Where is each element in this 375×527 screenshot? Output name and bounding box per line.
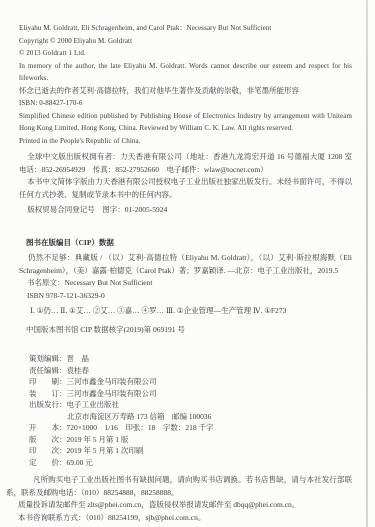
cip-isbn: ISBN 978-7-121-36329-0 — [19, 290, 352, 303]
printed-note: Printed in the People's Republic of Chin… — [19, 135, 352, 148]
pub-label: 开 本： — [29, 422, 67, 434]
license-block: 全球中文版出版权拥有者：力天香港有限公司（地址：香港九龙湾宏开道 16 号德福大… — [19, 151, 352, 217]
pub-row-binder: 装 订： 三河市鑫金马印装有限公司 — [29, 388, 352, 400]
memorial-english: In memory of the author, the late Eliyah… — [19, 60, 352, 85]
cip-record-number: 中国版本图书馆 CIP 数据核字(2019)第 069191 号 — [19, 324, 352, 337]
pub-value: 晋 晶 — [67, 353, 90, 365]
pub-label: 出版发行： — [29, 399, 67, 411]
pub-row-publisher-address: 北京市海淀区万寿路 173 信箱 邮编 100036 — [29, 411, 352, 423]
pub-row-edition: 版 次： 2019 年 5 月第 1 版 — [29, 434, 352, 446]
note-exchange: 凡所购买电子工业出版社图书有缺损问题，请向购买书店调换。若书店售缺，请与本社发行… — [6, 474, 352, 499]
pub-value: 720×1000 1/16 印张：18 字数：218 千字 — [67, 422, 214, 434]
edition-note: Simplified Chinese edition published by … — [19, 110, 352, 135]
pub-value: 三河市鑫金马印装有限公司 — [67, 388, 157, 400]
scanned-page-edge-line — [366, 0, 368, 527]
authors-title-line: Eliyahu M. Goldratt, Eli Schragenheim, a… — [19, 22, 352, 35]
pub-row-publisher: 出版发行： 电子工业出版社 — [29, 399, 352, 411]
pub-label: 印 刷： — [29, 376, 67, 388]
colophon-page: Eliyahu M. Goldratt, Eli Schragenheim, a… — [0, 0, 375, 527]
license-authorization-paragraph: 本书中文简体字版由力天香港有限公司授权电子工业出版社独家出版发行。未经书面许可，… — [19, 176, 352, 201]
note-consult-contact: 本书咨询联系方式：（010）88254199，sjb@phei.com.cn。 — [6, 512, 352, 525]
pub-label: 装 订： — [29, 388, 67, 400]
colophon-content: Eliyahu M. Goldratt, Eli Schragenheim, a… — [19, 22, 352, 524]
original-isbn-line: ISBN: 0-88427-170-6 — [19, 97, 352, 110]
pub-value: 三河市鑫金马印装有限公司 — [67, 376, 157, 388]
pub-value: 69.00 元 — [67, 457, 93, 469]
pub-row-price: 定 价： 69.00 元 — [29, 457, 352, 469]
pub-value: 北京市海淀区万寿路 173 信箱 邮编 100036 — [29, 411, 211, 423]
copyright-line: Copyright © 2000 Eliyahu M. Goldratt — [19, 35, 352, 48]
note-quality-complaint: 质量投诉请发邮件至 zlts@phei.com.cn，盗版侵权举报请发邮件至 d… — [6, 499, 352, 512]
pub-label: 策划编辑： — [29, 353, 67, 365]
pub-label: 印 次： — [29, 445, 67, 457]
cip-description: 仍然不足够：典藏版 / （以）艾利·高德拉特（Eliyahu M. Goldra… — [19, 252, 352, 277]
pub-value: 袁桂春 — [67, 365, 90, 377]
pub-row-responsible-editor: 责任编辑： 袁桂春 — [29, 365, 352, 377]
rights-holder-line: © 2013 Goldratt 1 Ltd. — [19, 47, 352, 60]
memorial-chinese: 怀念已逝去的作者艾利·高德拉特，我们对他毕生著作及贡献的崇敬，非笔墨所能形容 — [19, 85, 352, 98]
pub-row-planning-editor: 策划编辑： 晋 晶 — [29, 353, 352, 365]
license-owner-paragraph: 全球中文版出版权拥有者：力天香港有限公司（地址：香港九龙湾宏开道 16 号德福大… — [19, 151, 352, 176]
pub-label: 版 次： — [29, 434, 67, 446]
pub-label: 责任编辑： — [29, 365, 67, 377]
reader-notes-block: 凡所购买电子工业出版社图书有缺损问题，请向购买书店调换。若书店售缺，请与本社发行… — [6, 474, 352, 524]
pub-value: 2019 年 5 月第 1 次印刷 — [67, 445, 144, 457]
pub-value: 2019 年 5 月第 1 版 — [67, 434, 129, 446]
pub-value: 电子工业出版社 — [67, 399, 120, 411]
cip-block: 图书在版编目（CIP）数据 仍然不足够：典藏版 / （以）艾利·高德拉特（Eli… — [19, 237, 352, 337]
copyright-block: Eliyahu M. Goldratt, Eli Schragenheim, a… — [19, 22, 352, 147]
pub-row-format: 开 本： 720×1000 1/16 印张：18 字数：218 千字 — [29, 422, 352, 434]
cip-original-title: 书名原文：Necessary But Not Sufficient — [19, 277, 352, 290]
pub-label: 定 价： — [29, 457, 67, 469]
cip-classification: Ⅰ. ①仍… Ⅱ. ①艾… ②艾… ③嘉… ④罗… Ⅲ. ①企业管理—生产管理 … — [19, 305, 352, 318]
pub-row-printing: 印 次： 2019 年 5 月第 1 次印刷 — [29, 445, 352, 457]
cip-header: 图书在版编目（CIP）数据 — [19, 237, 352, 250]
pub-row-printer: 印 刷： 三河市鑫金马印装有限公司 — [29, 376, 352, 388]
publication-info-block: 策划编辑： 晋 晶 责任编辑： 袁桂春 印 刷： 三河市鑫金马印装有限公司 装 … — [19, 353, 352, 468]
contract-registration-line: 版权贸易合同登记号 图字：01-2005-5924 — [19, 204, 352, 217]
